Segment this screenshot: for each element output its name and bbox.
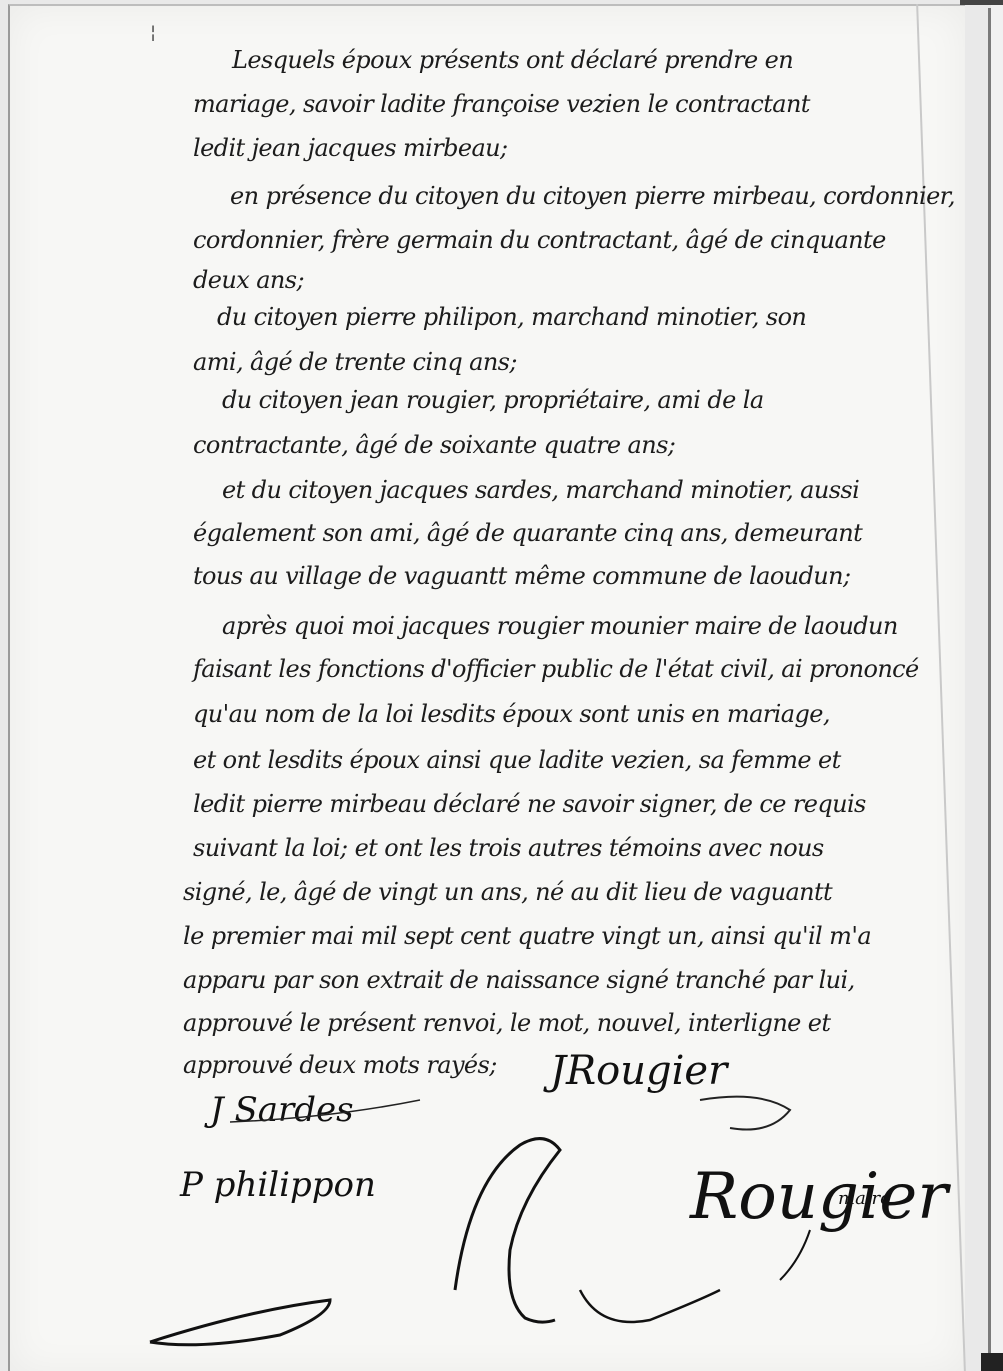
text-line-22: apparu par son extrait de naissance sign…	[183, 968, 855, 992]
text-line-5: cordonnier, frère germain du contractant…	[193, 228, 886, 252]
text-line-8: ami, âgé de trente cinq ans;	[193, 350, 517, 374]
text-line-3: ledit jean jacques mirbeau;	[193, 136, 508, 160]
text-line-20: signé, le, âgé de vingt un ans, né au di…	[183, 880, 832, 904]
text-line-17: et ont lesdits époux ainsi que ladite ve…	[193, 748, 841, 772]
top-shadow	[960, 0, 1003, 5]
text-line-12: également son ami, âgé de quarante cinq …	[193, 521, 862, 545]
text-line-4: en présence du citoyen du citoyen pierre…	[230, 184, 955, 208]
text-line-14: après quoi moi jacques rougier mounier m…	[222, 614, 898, 638]
text-line-1: Lesquels époux présents ont déclaré pren…	[232, 48, 793, 72]
text-line-11: et du citoyen jacques sardes, marchand m…	[222, 478, 859, 502]
next-page-edge	[991, 0, 1003, 1371]
text-line-23: approuvé le présent renvoi, le mot, nouv…	[183, 1011, 830, 1035]
text-line-24: approuvé deux mots rayés;	[183, 1053, 497, 1077]
text-line-2: mariage, savoir ladite françoise vezien …	[193, 92, 810, 116]
text-line-7: du citoyen pierre philipon, marchand min…	[217, 305, 806, 329]
corner-shadow	[981, 1353, 1003, 1371]
signature-title-maire: maire	[838, 1188, 891, 1209]
signature-rougier-mayor: Rougier	[690, 1160, 948, 1234]
text-line-10: contractante, âgé de soixante quatre ans…	[193, 433, 675, 457]
text-line-6: deux ans;	[193, 268, 304, 292]
text-line-19: suivant la loi; et ont les trois autres …	[193, 836, 824, 860]
signature-rougier-witness: JRougier	[550, 1048, 727, 1094]
text-line-16: qu'au nom de la loi lesdits époux sont u…	[193, 702, 830, 726]
text-line-13: tous au village de vaguantt même commune…	[193, 564, 851, 588]
signature-philippon: P philippon	[180, 1165, 376, 1205]
text-line-18: ledit pierre mirbeau déclaré ne savoir s…	[193, 792, 866, 816]
margin-mark: ¦	[150, 22, 156, 43]
signature-sardes: J Sardes	[210, 1090, 354, 1130]
text-line-21: le premier mai mil sept cent quatre ving…	[183, 924, 871, 948]
text-line-9: du citoyen jean rougier, propriétaire, a…	[222, 388, 764, 412]
text-line-15: faisant les fonctions d'officier public …	[193, 657, 919, 681]
